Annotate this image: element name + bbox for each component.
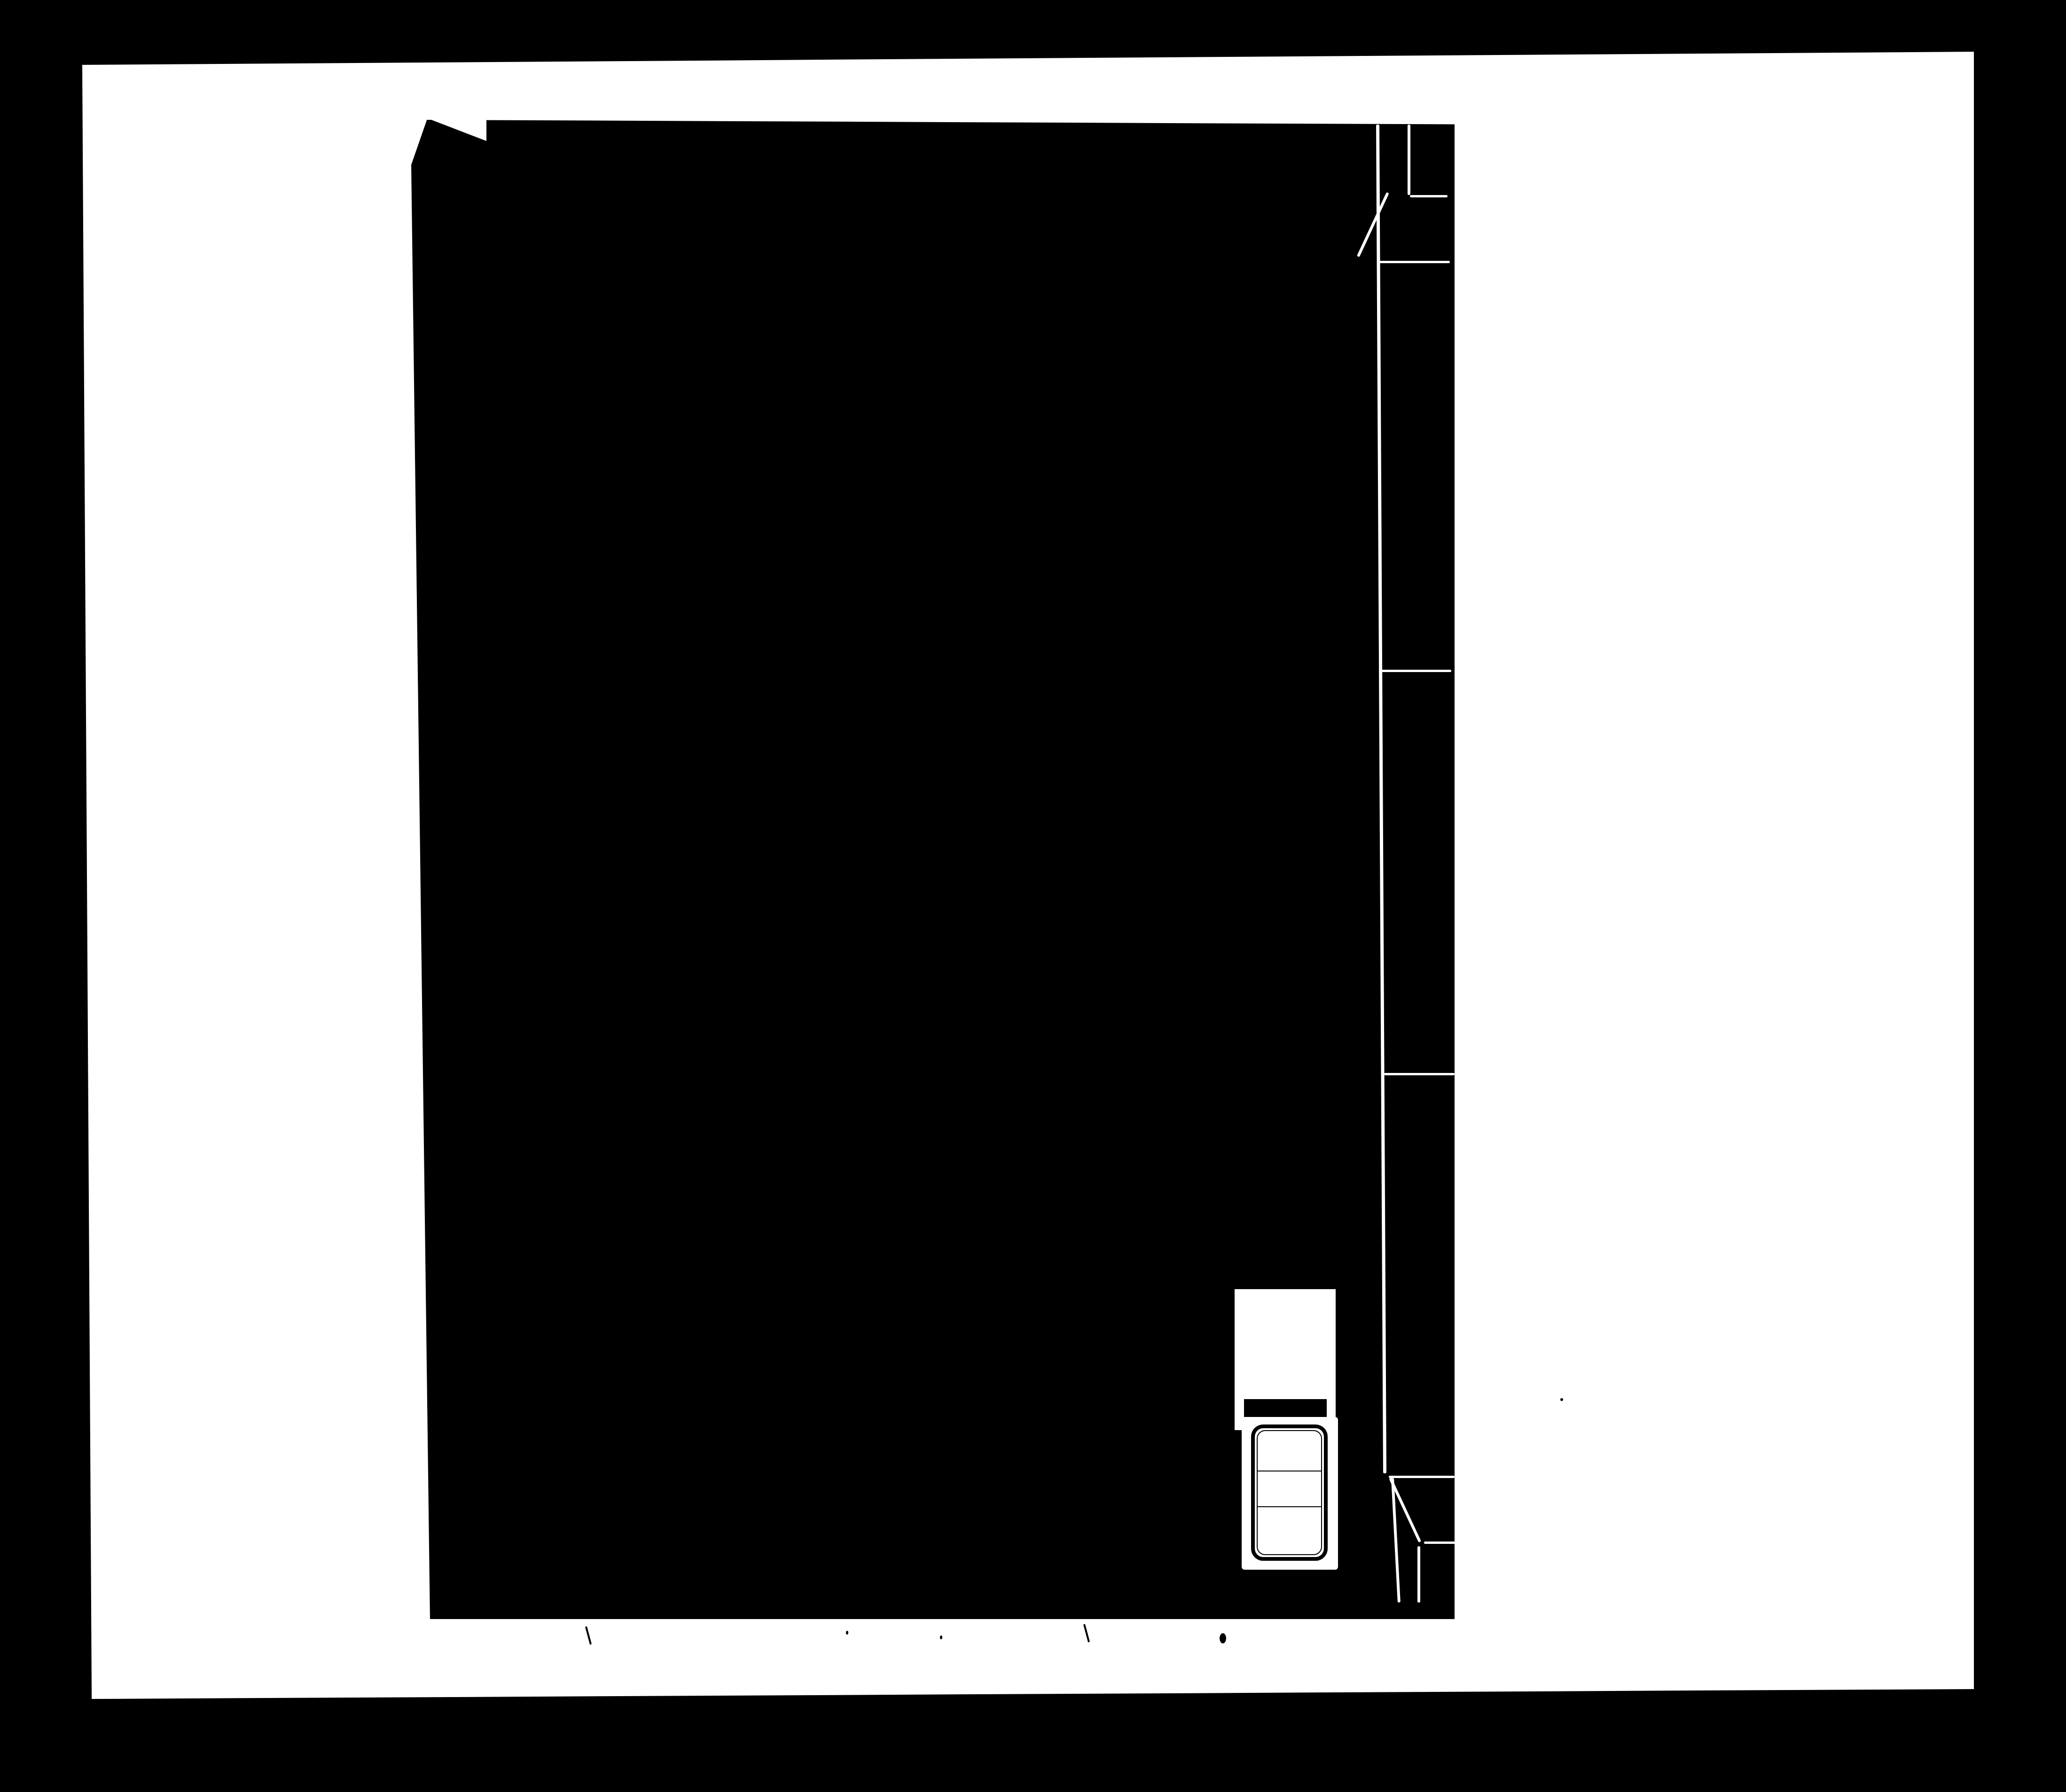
spine-band-2 — [1381, 670, 1451, 672]
spine-top-line — [1408, 125, 1410, 195]
lower-label — [1242, 1417, 1338, 1570]
lower-label-inner-frame — [1257, 1430, 1322, 1555]
spine-band-top — [1410, 195, 1448, 197]
lower-label-rule-1 — [1257, 1471, 1322, 1471]
spine-band-4 — [1389, 1476, 1455, 1478]
spine-band-5 — [1424, 1542, 1457, 1544]
scan-speck — [940, 1635, 942, 1639]
scan-speck — [1220, 1633, 1226, 1643]
spine-band-3 — [1384, 1073, 1455, 1075]
spine-bottom-line — [1417, 1546, 1420, 1603]
lower-label-rule-2 — [1257, 1506, 1322, 1507]
spine-band-1 — [1379, 261, 1450, 263]
upper-label — [1235, 1289, 1336, 1430]
scan-speck — [1560, 1398, 1563, 1401]
scan-speck — [846, 1631, 848, 1635]
